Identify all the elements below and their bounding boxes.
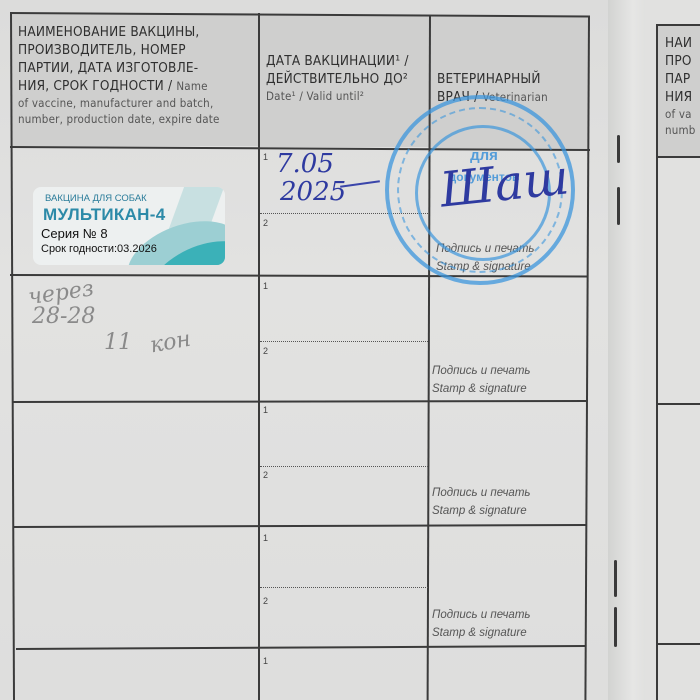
sub-label-2: 2 [263,470,268,480]
header-vaccine: НАИМЕНОВАНИЕ ВАКЦИНЫ, ПРОИЗВОДИТЕЛЬ, НОМ… [18,23,254,127]
stamp-caption: Подпись и печатьStamp & signature [432,484,530,520]
sub-label-1: 1 [263,281,268,291]
vaccine-series: Серия № 8 [41,226,108,241]
next-page-header: НАИ ПРО ПАР НИЯ of va numb [665,34,696,138]
staple [614,560,617,597]
sub-label-1: 1 [263,405,268,415]
stamp-caption: Подпись и печатьStamp & signature [432,362,530,398]
vaccine-expiry: Срок годности:03.2026 [41,243,157,255]
staple [614,607,617,647]
sub-label-1: 1 [263,152,268,162]
pencil-note: через 28-28 11 [28,278,132,356]
vet-signature: Шаш [438,153,571,214]
vaccine-name: МУЛЬТИКАН-4 [43,205,165,225]
sub-label-1: 1 [263,656,268,666]
staple [617,135,620,163]
sub-label-2: 2 [263,346,268,356]
vaccine-category: ВАКЦИНА ДЛЯ СОБАК [45,193,147,204]
sub-label-2: 2 [263,596,268,606]
vaccination-date: 7.05 2025 [276,150,346,206]
sub-label-1: 1 [263,533,268,543]
staple [617,187,620,225]
header-date: ДАТА ВАКЦИНАЦИИ¹ / ДЕЙСТВИТЕЛЬНО ДО² Dat… [266,52,428,104]
next-page: НАИ ПРО ПАР НИЯ of va numb [645,0,700,700]
pencil-note-end: кон [148,327,193,359]
sub-label-2: 2 [263,218,268,228]
stamp-caption: Подпись и печатьStamp & signature [432,606,530,642]
vaccine-sticker: ВАКЦИНА ДЛЯ СОБАК МУЛЬТИКАН-4 Серия № 8 … [33,187,225,265]
passport-page: НАИМЕНОВАНИЕ ВАКЦИНЫ, ПРОИЗВОДИТЕЛЬ, НОМ… [0,0,612,700]
